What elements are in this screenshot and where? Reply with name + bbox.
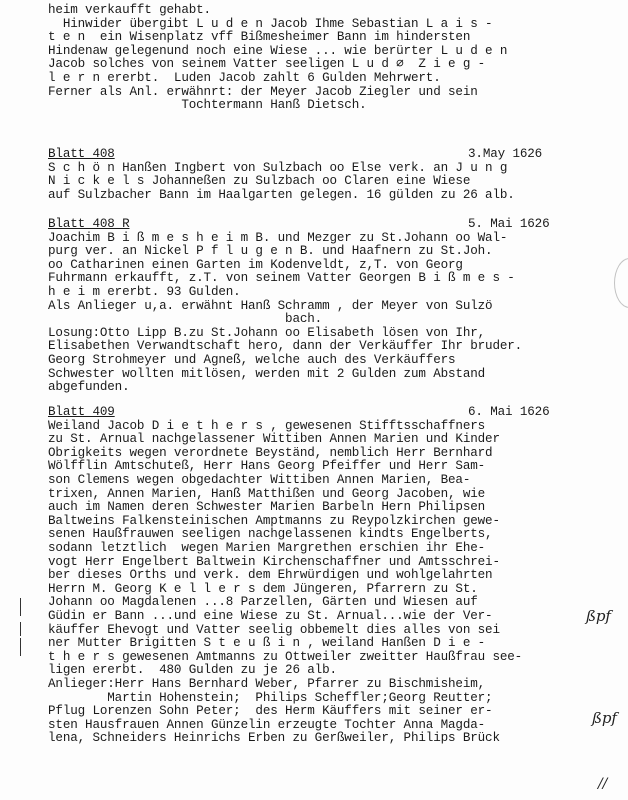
text-line: Weiland Jacob D i e t h e r s , gewesene… bbox=[48, 420, 485, 433]
text-line: sodann letztlich wegen Marien Margrethen… bbox=[48, 542, 485, 555]
text-line: Tochtermann Hanß Dietsch. bbox=[48, 99, 367, 112]
text-line: l e r n ererbt. Luden Jacob zahlt 6 Guld… bbox=[48, 72, 441, 85]
text-line: t h e r s gewesenen Amtmanns zu Ottweile… bbox=[48, 651, 522, 664]
document-page: heim verkaufft gehabt. Hinwider übergibt… bbox=[0, 0, 628, 800]
text-line: Schwester wollten mitlösen, werden mit 2… bbox=[48, 368, 485, 381]
text-line: Als Anlieger u,a. erwähnt Hanß Schramm ,… bbox=[48, 300, 492, 313]
scan-artifact-arc bbox=[614, 258, 628, 308]
text-line: vogt Herr Engelbert Baltwein Kirchenscha… bbox=[48, 556, 500, 569]
text-line: ligen ererbt. 480 Gulden zu je 26 alb. bbox=[48, 664, 337, 677]
text-line: trixen, Annen Marien, Hanß Matthißen und… bbox=[48, 488, 485, 501]
text-line: Johann oo Magdalenen ...8 Parzellen, Gär… bbox=[48, 596, 478, 609]
text-line: Anlieger:Herr Hans Bernhard Weber, Pfarr… bbox=[48, 678, 485, 691]
text-line: senen Haußfrauwen seeligen nachgelassene… bbox=[48, 528, 492, 541]
text-line: Joachim B i ß m e s h e i m B. und Mezge… bbox=[48, 232, 507, 245]
text-line: Güdin er Bann ...und eine Wiese zu St. A… bbox=[48, 610, 492, 623]
text-line: Ferner als Anl. erwähnrt: der Meyer Jaco… bbox=[48, 86, 478, 99]
text-line: sten Hausfrauen Annen Günzelin erzeugte … bbox=[48, 719, 485, 732]
text-line: auf Sulzbacher Bann im Haalgarten gelege… bbox=[48, 189, 515, 202]
text-line: abgefunden. bbox=[48, 381, 129, 394]
text-line: Pflug Lorenzen Sohn Peter; des Herm Käuf… bbox=[48, 705, 492, 718]
text-line: Obrigkeits wegen verordnete Beyständ, ne… bbox=[48, 447, 492, 460]
text-line: Hindenaw gelegenund noch eine Wiese ... … bbox=[48, 45, 507, 58]
entry-date: 5. Mai 1626 bbox=[468, 218, 549, 231]
text-line: t e n ein Wisenplatz vff Bißmesheimer Ba… bbox=[48, 31, 470, 44]
margin-initials: ßpf bbox=[592, 712, 617, 725]
text-line: Martin Hohenstein; Philips Scheffler;Geo… bbox=[48, 692, 492, 705]
margin-initials: ßpf bbox=[586, 610, 611, 623]
entry-heading: Blatt 409 bbox=[48, 406, 115, 419]
text-line: bach. bbox=[48, 313, 322, 326]
entry-heading: Blatt 408 R bbox=[48, 218, 129, 231]
text-line: Georg Strohmeyer und Agneß, welche auch … bbox=[48, 354, 455, 367]
text-line: Wölfflin Amtschuteß, Herr Hans Georg Pfe… bbox=[48, 460, 485, 473]
text-line: N i c k e l s Johanneßen zu Sulzbach oo … bbox=[48, 175, 470, 188]
text-line: purg ver. an Nickel P f l u g e n B. und… bbox=[48, 245, 492, 258]
entry-heading: Blatt 408 bbox=[48, 148, 115, 161]
margin-tick-mark bbox=[20, 622, 21, 636]
text-line: h e i m ererbt. 93 Gulden. bbox=[48, 286, 241, 299]
text-line: Hinwider übergibt L u d e n Jacob Ihme S… bbox=[48, 18, 492, 31]
text-line: Losung:Otto Lipp B.zu St.Johann oo Elisa… bbox=[48, 327, 485, 340]
text-line: Elisabethen Verwandtschaft hero, dann de… bbox=[48, 340, 522, 353]
text-line: Baltweins Falkensteinischen Amptmanns zu… bbox=[48, 515, 500, 528]
text-line: Jacob solches von seinem Vatter seeligen… bbox=[48, 58, 485, 71]
margin-tick-mark bbox=[20, 638, 21, 656]
margin-end-mark: // bbox=[598, 778, 607, 791]
text-line: S c h ö n Hanßen Ingbert von Sulzbach oo… bbox=[48, 162, 507, 175]
text-line: auch im Namen deren Schwester Marien Bar… bbox=[48, 501, 485, 514]
margin-tick-mark bbox=[20, 598, 21, 616]
text-line: käuffer Ehevogt und Vatter seelig obbeme… bbox=[48, 624, 500, 637]
text-line: heim verkaufft gehabt. bbox=[48, 4, 211, 17]
text-line: Fuhrmann erkaufft, z.T. von seinem Vatte… bbox=[48, 272, 515, 285]
entry-date: 6. Mai 1626 bbox=[468, 406, 549, 419]
text-line: son Clemens wegen obgedachter Wittiben A… bbox=[48, 474, 470, 487]
text-line: zu St. Arnual nachgelassener Wittiben An… bbox=[48, 433, 500, 446]
text-line: Herrn M. Georg K e l l e r s dem Jüngere… bbox=[48, 583, 478, 596]
text-line: ber dieses Orths und verk. dem Ehrwürdig… bbox=[48, 569, 492, 582]
text-line: ner Mutter Brigitten S t e u ß i n , wei… bbox=[48, 637, 485, 650]
text-line: oo Catharinen einen Garten im Kodenveldt… bbox=[48, 259, 463, 272]
entry-date: 3.May 1626 bbox=[468, 148, 542, 161]
text-line: lena, Schneiders Heinrichs Erben zu Gerß… bbox=[48, 732, 500, 745]
